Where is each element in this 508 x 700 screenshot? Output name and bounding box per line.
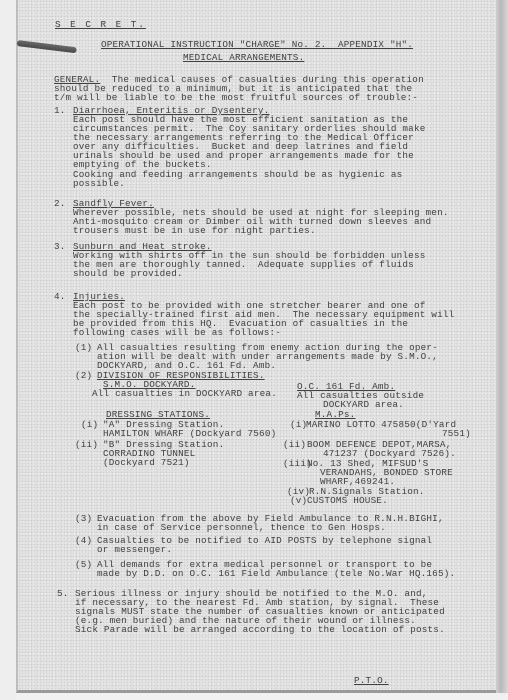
post-i-line: 7551) <box>442 429 471 439</box>
item-5-number: (5) <box>75 560 92 570</box>
post-ii-number: (ii) <box>283 440 306 450</box>
item-4-number: (4) <box>75 536 92 546</box>
item-4-line: or messenger. <box>97 545 172 555</box>
section-5-line: Sick Parade will be arranged according t… <box>75 625 445 635</box>
section-4-line: following cases will be as follows:- <box>73 328 281 338</box>
item-3-number: (3) <box>75 514 92 524</box>
post-v-line: CUSTOMS HOUSE. <box>307 496 388 506</box>
item-2-number: (2) <box>75 371 92 381</box>
section-4-number: 4. <box>54 292 66 302</box>
station-i-line: HAMILTON WHARF (Dockyard 7560) <box>103 429 276 439</box>
station-i-number: (i) <box>81 420 98 430</box>
post-v-number: (v) <box>290 496 307 506</box>
classification-label: S E C R E T. <box>55 20 146 30</box>
item-3-line: in case of Service personnel, thence to … <box>97 523 386 533</box>
document-subtitle: MEDICAL ARRANGEMENTS. <box>183 53 304 63</box>
smo-dockyard-line: All casualties in DOCKYARD area. <box>92 389 277 399</box>
section-3-number: 3. <box>54 242 66 252</box>
section-2-line: trousers must be in use for night partie… <box>73 226 316 236</box>
section-1-line: possible. <box>73 179 125 189</box>
item-5-line: made by D.D. on O.C. 161 Field Ambulance… <box>97 569 455 579</box>
document-title: OPERATIONAL INSTRUCTION "CHARGE" No. 2. … <box>101 40 413 50</box>
station-ii-number: (ii) <box>75 440 98 450</box>
pto-footer: P.T.O. <box>354 676 389 686</box>
section-2-number: 2. <box>54 199 66 209</box>
scan-left-margin <box>0 0 16 700</box>
station-ii-line: (Dockyard 7521) <box>103 458 190 468</box>
post-i-line: MARINO LOTTO 475850(D'Yard <box>306 420 456 430</box>
scan-bottom-strip <box>16 693 508 700</box>
section-3-line: should be provided. <box>73 269 183 279</box>
post-i-number: (i) <box>290 420 307 430</box>
general-line: t/m will be liable to be the most fruitf… <box>54 93 418 103</box>
section-5-number: 5. <box>57 589 69 599</box>
section-1-number: 1. <box>54 106 66 116</box>
scan-right-edge <box>496 0 508 700</box>
item-1-number: (1) <box>75 343 92 353</box>
